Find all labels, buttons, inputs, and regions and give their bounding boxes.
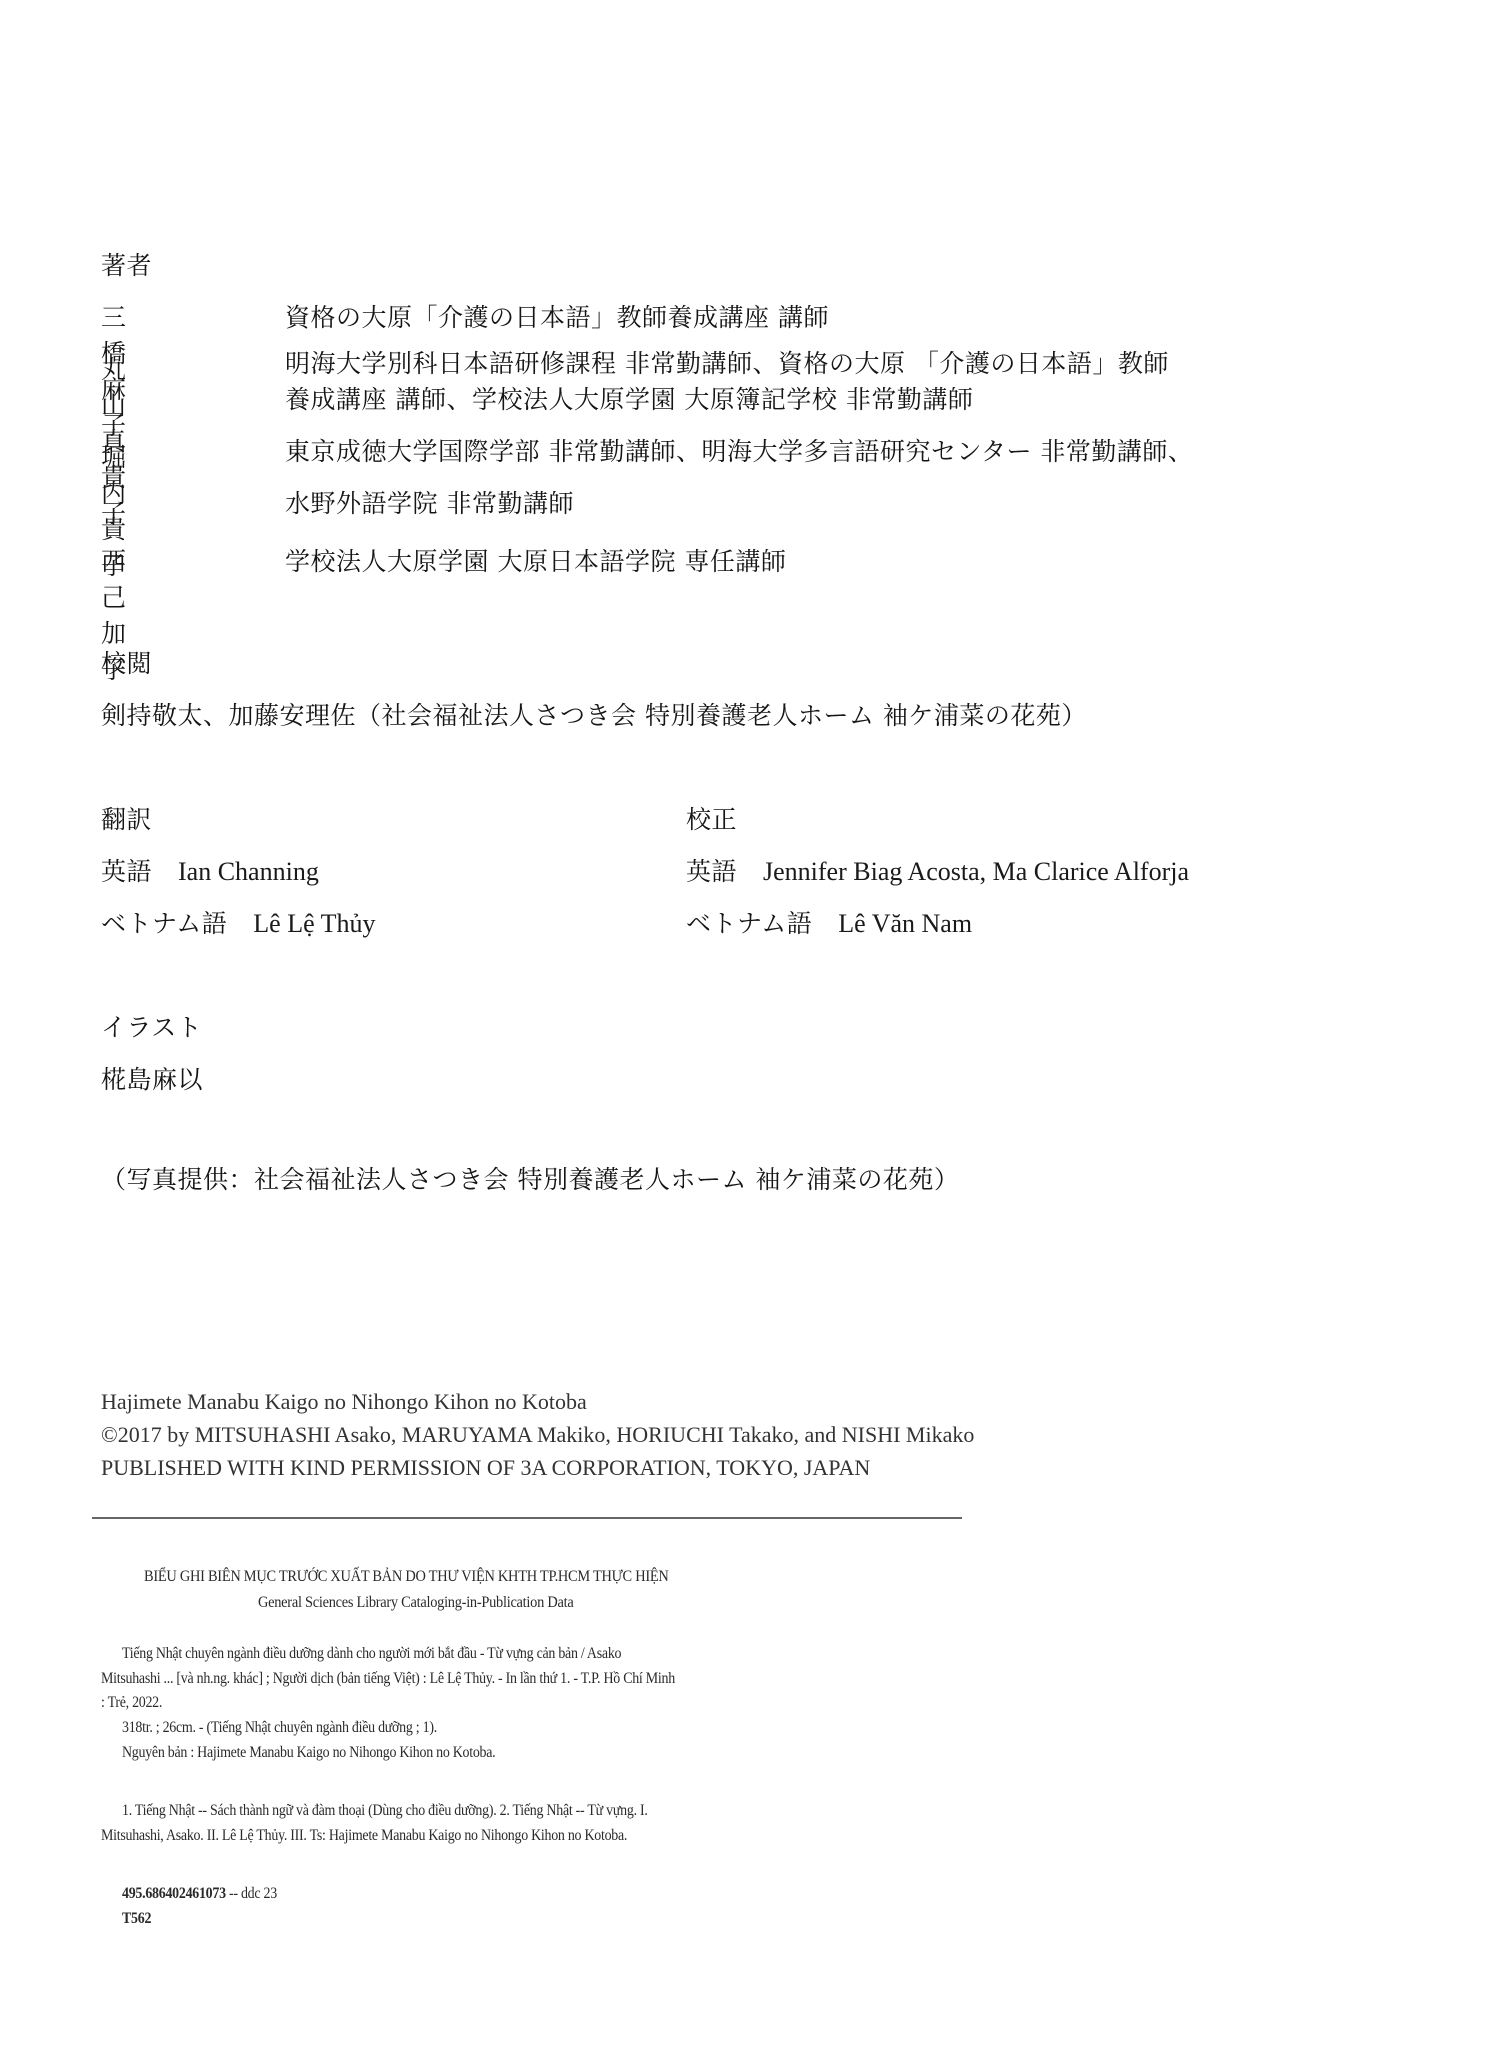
proofreading-heading: 校正	[686, 800, 737, 836]
ddc-number: 495.686402461073	[122, 1885, 226, 1902]
language-label: 英語	[101, 852, 152, 888]
cip-entry-line: Mitsuhashi ... [và nh.ng. khác] ; Người …	[101, 1670, 675, 1688]
proofreader-name: Jennifer Biag Acosta, Ma Clarice Alforja	[763, 857, 1189, 886]
cip-subjects-line: 1. Tiếng Nhật -- Sách thành ngữ và đàm t…	[122, 1802, 648, 1820]
cip-title-vi: BIỂU GHI BIÊN MỤC TRƯỚC XUẤT BẢN DO THƯ …	[144, 1568, 669, 1586]
copyright-block: Hajimete Manabu Kaigo no Nihongo Kihon n…	[101, 1385, 974, 1484]
review-text: 剣持敬太、加藤安理佐（社会福祉法人さつき会 特別養護老人ホーム 袖ケ浦菜の花苑）	[101, 696, 1087, 732]
copyright-notice: ©2017 by MITSUHASHI Asako, MARUYAMA Maki…	[101, 1418, 974, 1451]
permission-notice: PUBLISHED WITH KIND PERMISSION OF 3A COR…	[101, 1451, 974, 1484]
original-title: Hajimete Manabu Kaigo no Nihongo Kihon n…	[101, 1385, 974, 1418]
translator-name: Ian Channing	[178, 857, 319, 886]
author-affiliation: 明海大学別科日本語研修課程 非常勤講師、資格の大原 「介護の日本語」教師 養成講…	[285, 346, 1169, 418]
cip-call-number: T562	[122, 1910, 151, 1928]
photo-credit: （写真提供：社会福祉法人さつき会 特別養護老人ホーム 袖ケ浦菜の花苑）	[101, 1160, 959, 1196]
ddc-suffix: -- ddc 23	[226, 1885, 277, 1902]
proofreading-row-vietnamese: ベトナム語Lê Văn Nam	[686, 904, 972, 940]
illustrator-name: 椛島麻以	[101, 1060, 203, 1096]
divider-rule	[92, 1517, 962, 1519]
translation-row-vietnamese: ベトナム語Lê Lệ Thủy	[101, 904, 376, 940]
translation-heading: 翻訳	[101, 800, 152, 836]
author-affiliation: 学校法人大原学園 大原日本語学院 専任講師	[285, 542, 786, 578]
illustration-heading: イラスト	[101, 1008, 202, 1044]
review-heading: 校閲	[101, 644, 152, 680]
cip-entry-line: : Trẻ, 2022.	[101, 1694, 162, 1712]
author-affiliation: 東京成徳大学国際学部 非常勤講師、明海大学多言語研究センター 非常勤講師、 水野…	[285, 426, 1193, 530]
translation-row-english: 英語Ian Channing	[101, 852, 319, 888]
translator-name: Lê Lệ Thủy	[253, 909, 375, 938]
cip-original: Nguyên bản : Hajimete Manabu Kaigo no Ni…	[122, 1744, 495, 1762]
cip-title-en: General Sciences Library Cataloging-in-P…	[258, 1594, 573, 1612]
language-label: ベトナム語	[686, 904, 812, 940]
language-label: 英語	[686, 852, 737, 888]
author-affiliation: 資格の大原「介護の日本語」教師養成講座 講師	[285, 298, 829, 334]
cip-entry-line: Tiếng Nhật chuyên ngành điều dưỡng dành …	[122, 1645, 621, 1663]
cip-ddc: 495.686402461073 -- ddc 23	[122, 1885, 277, 1903]
cip-physical: 318tr. ; 26cm. - (Tiếng Nhật chuyên ngàn…	[122, 1719, 437, 1737]
authors-heading: 著者	[101, 246, 152, 282]
proofreader-name: Lê Văn Nam	[838, 909, 972, 938]
proofreading-row-english: 英語Jennifer Biag Acosta, Ma Clarice Alfor…	[686, 852, 1189, 888]
cip-subjects-line: Mitsuhashi, Asako. II. Lê Lệ Thủy. III. …	[101, 1827, 627, 1845]
language-label: ベトナム語	[101, 904, 227, 940]
